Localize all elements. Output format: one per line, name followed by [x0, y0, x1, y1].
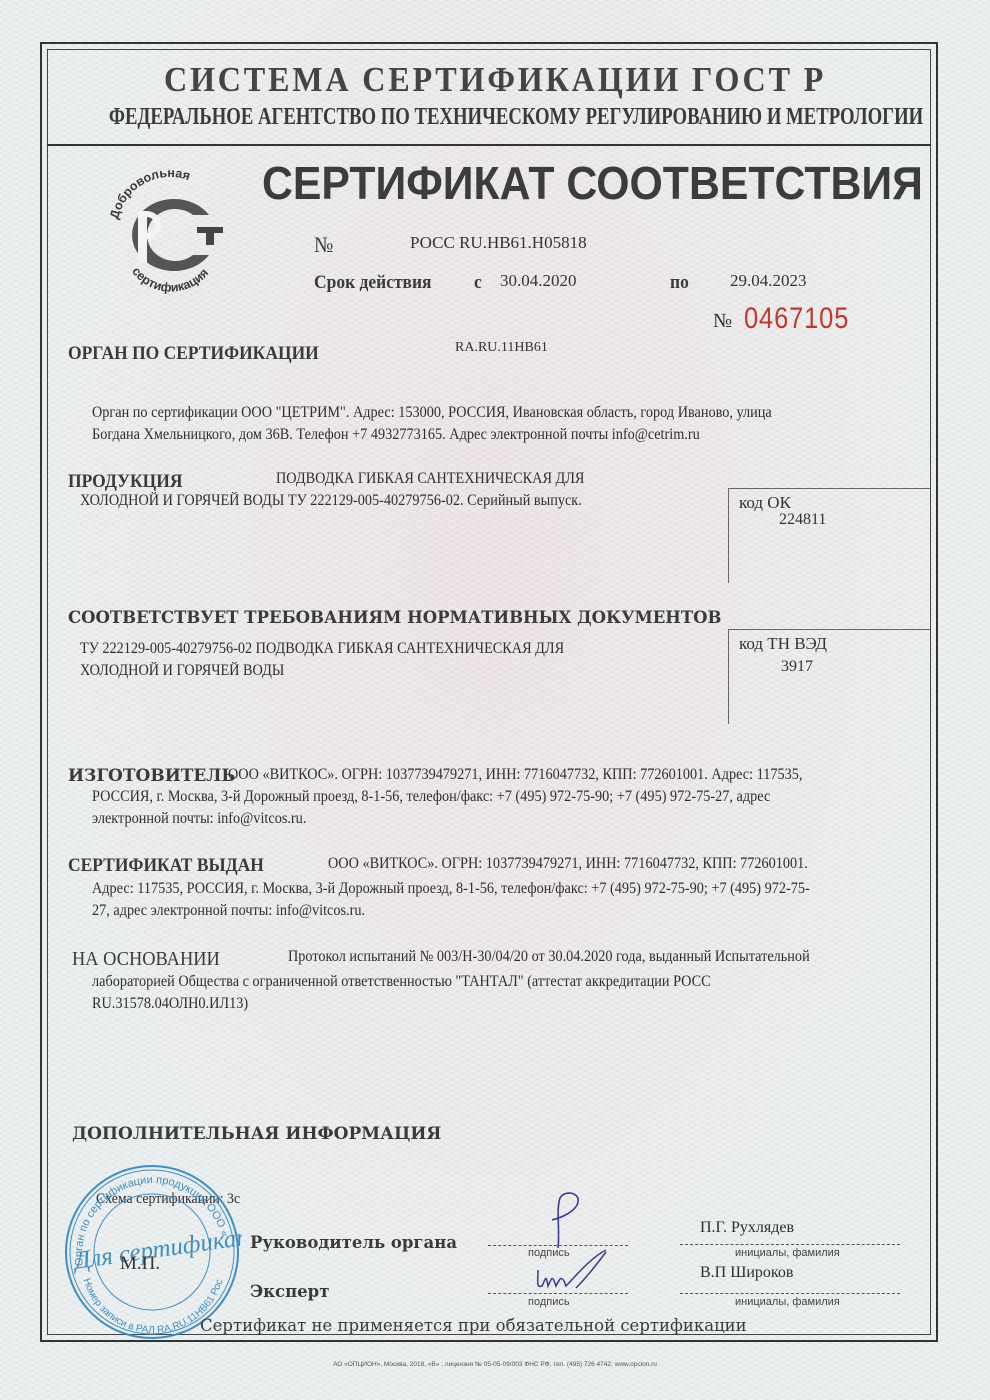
product-line-1: ПОДВОДКА ГИБКАЯ САНТЕХНИЧЕСКАЯ ДЛЯ	[276, 468, 584, 490]
okp-code-box: код ОК 224811	[728, 488, 930, 583]
expert-name-caption: инициалы, фамилия	[735, 1296, 840, 1308]
validity-to-label: по	[670, 272, 689, 294]
conformity-line-1: ТУ 222129-005-40279756-02 ПОДВОДКА ГИБКА…	[80, 638, 564, 660]
okp-code-value: 224811	[779, 511, 826, 529]
printer-info: АО «ОПЦИОН», Москва, 2018, «В» , лицензи…	[0, 1361, 990, 1368]
certification-body-label: ОРГАН ПО СЕРТИФИКАЦИИ	[68, 343, 319, 365]
head-of-body-label: Руководитель органа	[250, 1233, 457, 1252]
head-signature-icon	[530, 1190, 600, 1255]
head-name-caption: инициалы, фамилия	[735, 1247, 840, 1259]
tnved-code-box: код ТН ВЭД 3917	[728, 629, 930, 724]
voluntary-notice: Сертификат не применяется при обязательн…	[200, 1316, 747, 1335]
product-line-2: ХОЛОДНОЙ И ГОРЯЧЕЙ ВОДЫ ТУ 222129-005-40…	[80, 490, 582, 512]
manufacturer-label: ИЗГОТОВИТЕЛЬ	[68, 766, 235, 786]
tnved-code-label: код ТН ВЭД	[739, 634, 827, 654]
serial-number-label: №	[713, 310, 732, 333]
serial-number: 0467105	[744, 302, 849, 336]
manufacturer-line-2: РОССИЯ, г. Москва, 3-й Дорожный проезд, …	[92, 786, 770, 808]
tnved-code-value: 3917	[781, 658, 813, 676]
head-name-line	[680, 1244, 900, 1245]
issued-to-line-1: ООО «ВИТКОС». ОГРН: 1037739479271, ИНН: …	[328, 853, 808, 875]
issued-to-line-2: Адрес: 117535, РОССИЯ, г. Москва, 3-й До…	[92, 878, 810, 900]
expert-signature-icon	[532, 1248, 612, 1298]
expert-name: В.П Широков	[700, 1264, 793, 1282]
conformity-line-2: ХОЛОДНОЙ И ГОРЯЧЕЙ ВОДЫ	[80, 660, 284, 682]
basis-label: НА ОСНОВАНИИ	[72, 948, 220, 971]
certificate-number: РОСС RU.НВ61.Н05818	[410, 233, 587, 253]
head-name: П.Г. Рухлядев	[700, 1219, 794, 1237]
valid-from-date: 30.04.2020	[500, 271, 577, 291]
expert-label: Эксперт	[250, 1282, 329, 1301]
certification-body-line-2: Богдана Хмельницкого, дом 36В. Телефон +…	[92, 424, 700, 446]
certification-body-line-1: Орган по сертификации ООО "ЦЕТРИМ". Адре…	[92, 402, 772, 424]
system-title: СИСТЕМА СЕРТИФИКАЦИИ ГОСТ Р	[40, 60, 951, 100]
additional-info-label: ДОПОЛНИТЕЛЬНАЯ ИНФОРМАЦИЯ	[72, 1124, 441, 1144]
certification-body-stamp-icon: Орган по сертификации продукции ООО «ЦЕТ…	[62, 1162, 242, 1342]
valid-to-date: 29.04.2023	[730, 271, 807, 291]
number-label: №	[314, 232, 333, 258]
issued-to-line-3: 27, адрес электронной почты: info@vitcos…	[92, 900, 365, 922]
basis-line-3: RU.31578.04ОЛН0.ИЛ13)	[92, 993, 248, 1015]
document-title: СЕРТИФИКАТ СООТВЕТСТВИЯ	[262, 156, 923, 210]
conformity-label: СООТВЕТСТВУЕТ ТРЕБОВАНИЯМ НОРМАТИВНЫХ ДО…	[68, 608, 721, 627]
basis-line-2: лабораторией Общества с ограниченной отв…	[92, 971, 711, 993]
basis-line-1: Протокол испытаний № 003/Н-30/04/20 от 3…	[288, 946, 810, 968]
header-divider	[47, 144, 931, 146]
stamp-place-label: М.П.	[120, 1253, 160, 1275]
rst-voluntary-certification-logo-icon: Добровольная сертификация	[105, 165, 235, 295]
certification-body-code: RA.RU.11НВ61	[455, 340, 548, 356]
validity-label: Срок действия	[314, 272, 432, 294]
issued-to-label: СЕРТИФИКАТ ВЫДАН	[68, 855, 264, 877]
validity-from-label: с	[474, 272, 482, 294]
manufacturer-line-1: ООО «ВИТКОС». ОГРН: 1037739479271, ИНН: …	[228, 764, 802, 786]
agency-name: ФЕДЕРАЛЬНОЕ АГЕНТСТВО ПО ТЕХНИЧЕСКОМУ РЕ…	[109, 104, 881, 131]
expert-name-line	[680, 1293, 900, 1294]
manufacturer-line-3: электронной почты: info@vitcos.ru.	[92, 808, 306, 830]
okp-code-label: код ОК	[739, 493, 791, 513]
